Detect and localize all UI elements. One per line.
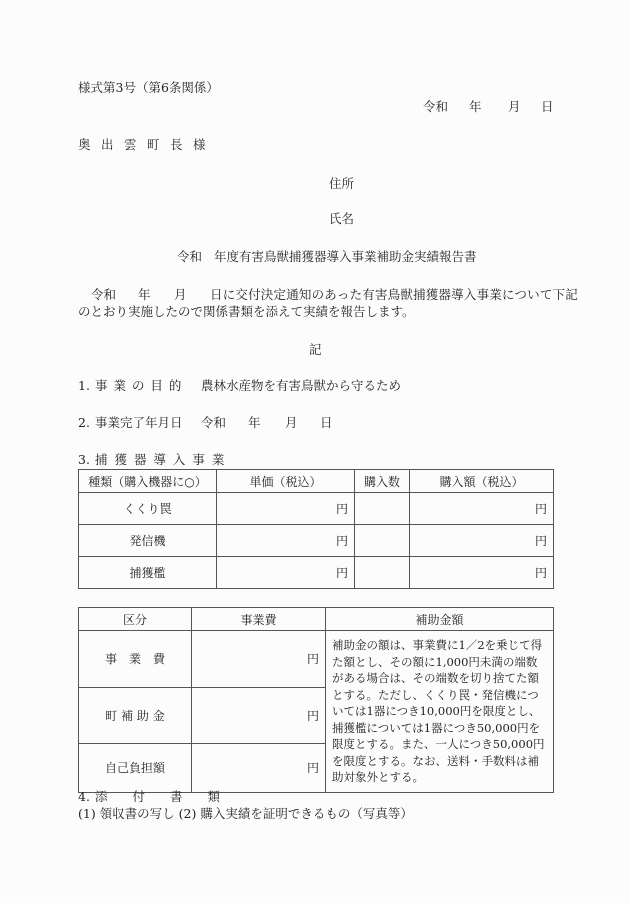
item1-num: 1.: [78, 378, 90, 394]
category-label: 事 業 費: [79, 631, 192, 688]
amount-field[interactable]: 円: [410, 525, 554, 557]
cost-field[interactable]: 円: [192, 687, 326, 744]
body-year: 年: [138, 287, 151, 303]
document-title: 令和年度有害鳥獣捕獲器導入事業補助金実績報告書: [177, 249, 477, 265]
header-cost: 事業費: [192, 608, 326, 631]
title-text: 年度有害鳥獣捕獲器導入事業補助金実績報告書: [214, 249, 477, 264]
header-category: 区分: [79, 608, 192, 631]
equipment-type[interactable]: 発信機: [79, 525, 217, 557]
date-year: 年: [469, 99, 482, 115]
header-qty: 購入数: [355, 470, 410, 493]
date-day: 日: [541, 99, 554, 115]
date-era: 令和: [423, 99, 448, 115]
header-amount: 購入額（税込）: [410, 470, 554, 493]
unit-price-field[interactable]: 円: [217, 493, 355, 525]
unit-price-field[interactable]: 円: [217, 525, 355, 557]
qty-field[interactable]: [355, 525, 410, 557]
table-row: 事 業 費 円 補助金の額は、事業費に1／2を乗じて得た額とし、その額に1,00…: [79, 631, 554, 688]
table-row: くくり罠 円 円: [79, 493, 554, 525]
item1-value: 農林水産物を有害鳥獣から守るため: [201, 378, 401, 394]
subsidy-table-header: 区分 事業費 補助金額: [79, 608, 554, 631]
category-label: 自己負担額: [79, 744, 192, 792]
addressee: 奥出雲町長様: [78, 137, 216, 153]
address-label: 住所: [329, 176, 354, 192]
form-number: 様式第3号（第6条関係）: [78, 80, 219, 96]
qty-field[interactable]: [355, 493, 410, 525]
equipment-table-header: 種類（購入機器に○） 単価（税込） 購入数 購入額（税込）: [79, 470, 554, 493]
item2-label: 事業完了年月日: [95, 415, 183, 431]
subsidy-note: 補助金の額は、事業費に1／2を乗じて得た額とし、その額に1,000円未満の端数が…: [326, 631, 554, 793]
equipment-table: 種類（購入機器に○） 単価（税込） 購入数 購入額（税込） くくり罠 円 円 発…: [78, 469, 554, 589]
body-month: 月: [174, 287, 187, 303]
qty-field[interactable]: [355, 557, 410, 589]
header-subsidy: 補助金額: [326, 608, 554, 631]
header-type: 種類（購入機器に○）: [79, 470, 217, 493]
cost-field[interactable]: 円: [192, 631, 326, 688]
equipment-type[interactable]: くくり罠: [79, 493, 217, 525]
amount-field[interactable]: 円: [410, 493, 554, 525]
body-line2: のとおり実施したので関係書類を添えて実績を報告します。: [78, 304, 415, 320]
category-label: 町 補 助 金: [79, 687, 192, 744]
item2-era: 令和: [201, 415, 226, 431]
item4-num: 4.: [78, 789, 90, 805]
name-label: 氏名: [329, 211, 354, 227]
item4-label: 添 付 書 類: [95, 789, 220, 805]
title-era: 令和: [177, 249, 202, 264]
amount-field[interactable]: 円: [410, 557, 554, 589]
item4-value: (1) 領収書の写し (2) 購入実績を証明できるもの（写真等）: [78, 806, 413, 822]
table-row: 捕獲檻 円 円: [79, 557, 554, 589]
item1-label: 事 業 の 目 的: [95, 378, 181, 394]
table-row: 発信機 円 円: [79, 525, 554, 557]
body-era: 令和: [91, 287, 116, 303]
cost-field[interactable]: 円: [192, 744, 326, 792]
subsidy-table: 区分 事業費 補助金額 事 業 費 円 補助金の額は、事業費に1／2を乗じて得た…: [78, 607, 554, 793]
item3-label: 捕 獲 器 導 入 事 業: [95, 452, 224, 468]
body-line1: 日に交付決定通知のあった有害鳥獣捕獲器導入事業について下記: [210, 287, 578, 303]
item2-num: 2.: [78, 415, 90, 431]
header-unit-price: 単価（税込）: [217, 470, 355, 493]
item3-num: 3.: [78, 452, 90, 468]
item2-month: 月: [285, 415, 298, 431]
equipment-type[interactable]: 捕獲檻: [79, 557, 217, 589]
item2-day: 日: [320, 415, 333, 431]
ki-heading: 記: [309, 342, 322, 358]
date-month: 月: [508, 99, 521, 115]
unit-price-field[interactable]: 円: [217, 557, 355, 589]
item2-year: 年: [248, 415, 261, 431]
